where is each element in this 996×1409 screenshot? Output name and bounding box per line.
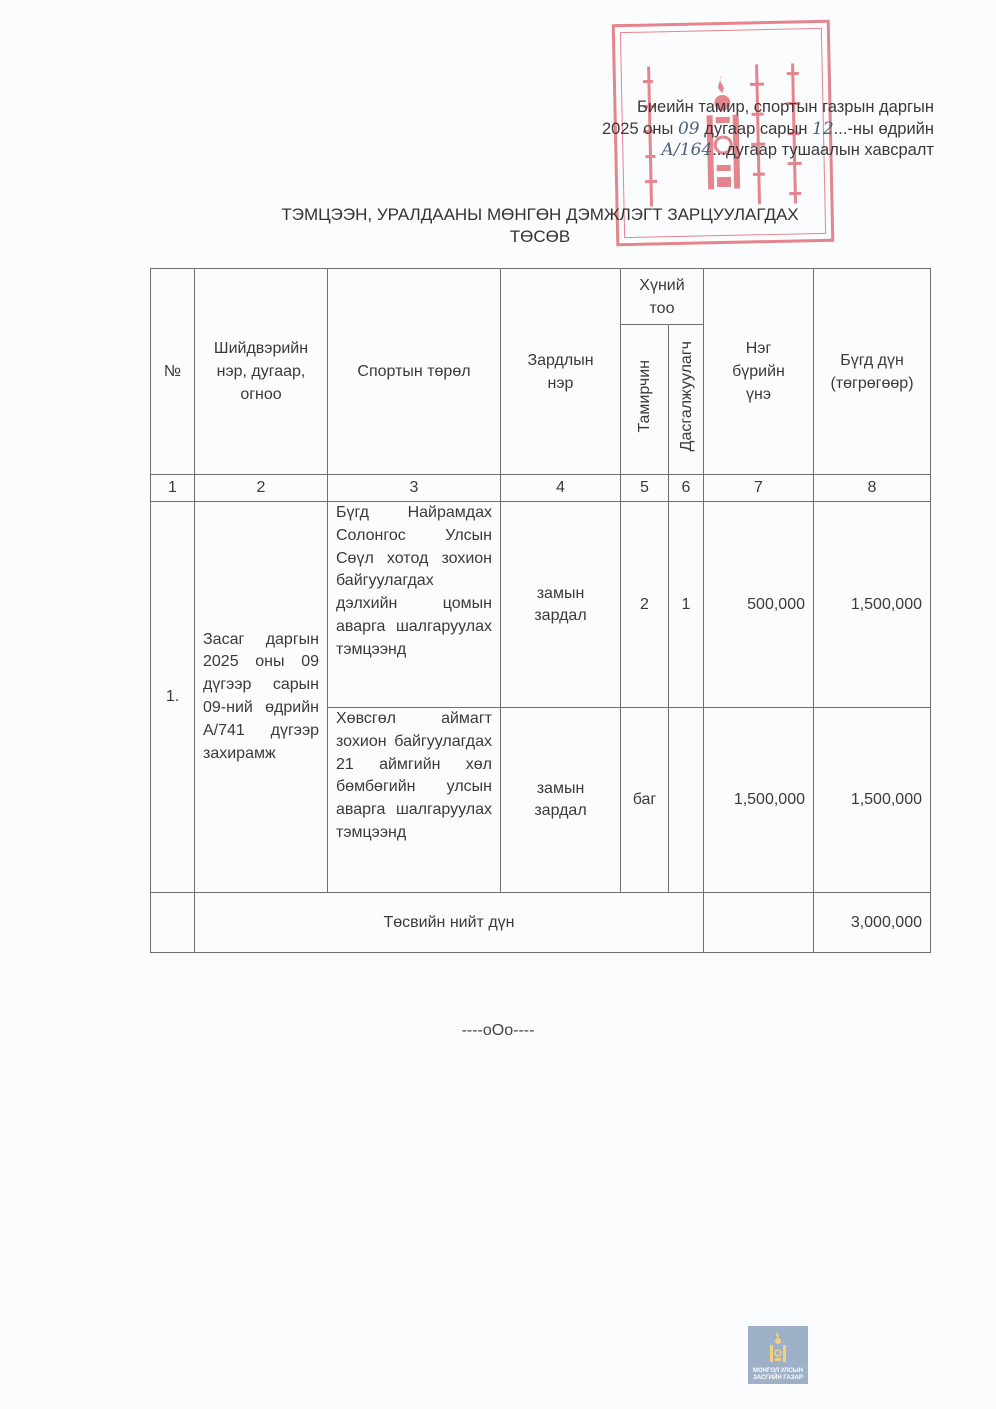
total-row: Төсвийн нийт дүн 3,000,000 <box>151 893 931 953</box>
header-coach: Дасгалжуулагч <box>669 325 704 475</box>
handwritten-month: 09 <box>678 119 700 139</box>
header-no: № <box>151 269 195 475</box>
coach-cell <box>669 708 704 893</box>
budget-table: № Шийдвэрийн нэр, дугаар, огноо Спортын … <box>150 268 931 953</box>
column-number-row: 1 2 3 4 5 6 7 8 <box>151 475 931 502</box>
table-row: 1. Засаг даргын 2025 оны 09 дүгээр сарын… <box>151 502 931 708</box>
handwritten-day: 12 <box>812 119 834 139</box>
row-number: 1. <box>151 502 195 893</box>
athlete-cell: 2 <box>621 502 669 708</box>
coach-cell: 1 <box>669 502 704 708</box>
expense-cell: замын зардал <box>501 502 621 708</box>
end-separator: ----oOo---- <box>0 1022 996 1040</box>
handwritten-order-number: А/164 <box>661 140 712 160</box>
total-cell: 1,500,000 <box>814 502 931 708</box>
header-decision: Шийдвэрийн нэр, дугаар, огноо <box>195 269 328 475</box>
header-expense: Зардлын нэр <box>501 269 621 475</box>
total-unit-price <box>704 893 814 953</box>
total-label: Төсвийн нийт дүн <box>195 893 704 953</box>
header-athlete: Тамирчин <box>621 325 669 475</box>
soyombo-icon <box>768 1329 788 1363</box>
total-cell: 1,500,000 <box>814 708 931 893</box>
header-people-count: Хүний тоо <box>621 269 704 325</box>
header-total: Бүгд дүн (төгрөгөөр) <box>814 269 931 475</box>
sport-cell: Бүгд Найрамдах Солонгос Улсын Сөүл хотод… <box>328 502 501 708</box>
sport-cell: Хөвсгөл аймагт зохион байгуулагдах 21 ай… <box>328 708 501 893</box>
header-sport: Спортын төрөл <box>328 269 501 475</box>
attachment-reference: Биеийн тамир, спортын газрын даргын 2025… <box>602 97 934 162</box>
unit-price-cell: 500,000 <box>704 502 814 708</box>
header-unit-price: Нэг бүрийн үнэ <box>704 269 814 475</box>
document-title: ТЭМЦЭЭН, УРАЛДААНЫ МӨНГӨН ДЭМЖЛЭГТ ЗАРЦУ… <box>150 204 930 248</box>
attachment-line-3: А/164...дугаар тушаалын хавсралт <box>602 140 934 162</box>
government-logo: МОНГОЛ УЛСЫН ЗАСГИЙН ГАЗАР <box>748 1326 808 1384</box>
expense-cell: замын зардал <box>501 708 621 893</box>
attachment-line-2: 2025 оны 09 дугаар сарын 12...-ны өдрийн <box>602 119 934 141</box>
decision-cell: Засаг даргын 2025 оны 09 дүгээр сарын 09… <box>195 502 328 893</box>
athlete-cell: баг <box>621 708 669 893</box>
attachment-line-1: Биеийн тамир, спортын газрын даргын <box>602 97 934 119</box>
unit-price-cell: 1,500,000 <box>704 708 814 893</box>
grand-total: 3,000,000 <box>814 893 931 953</box>
